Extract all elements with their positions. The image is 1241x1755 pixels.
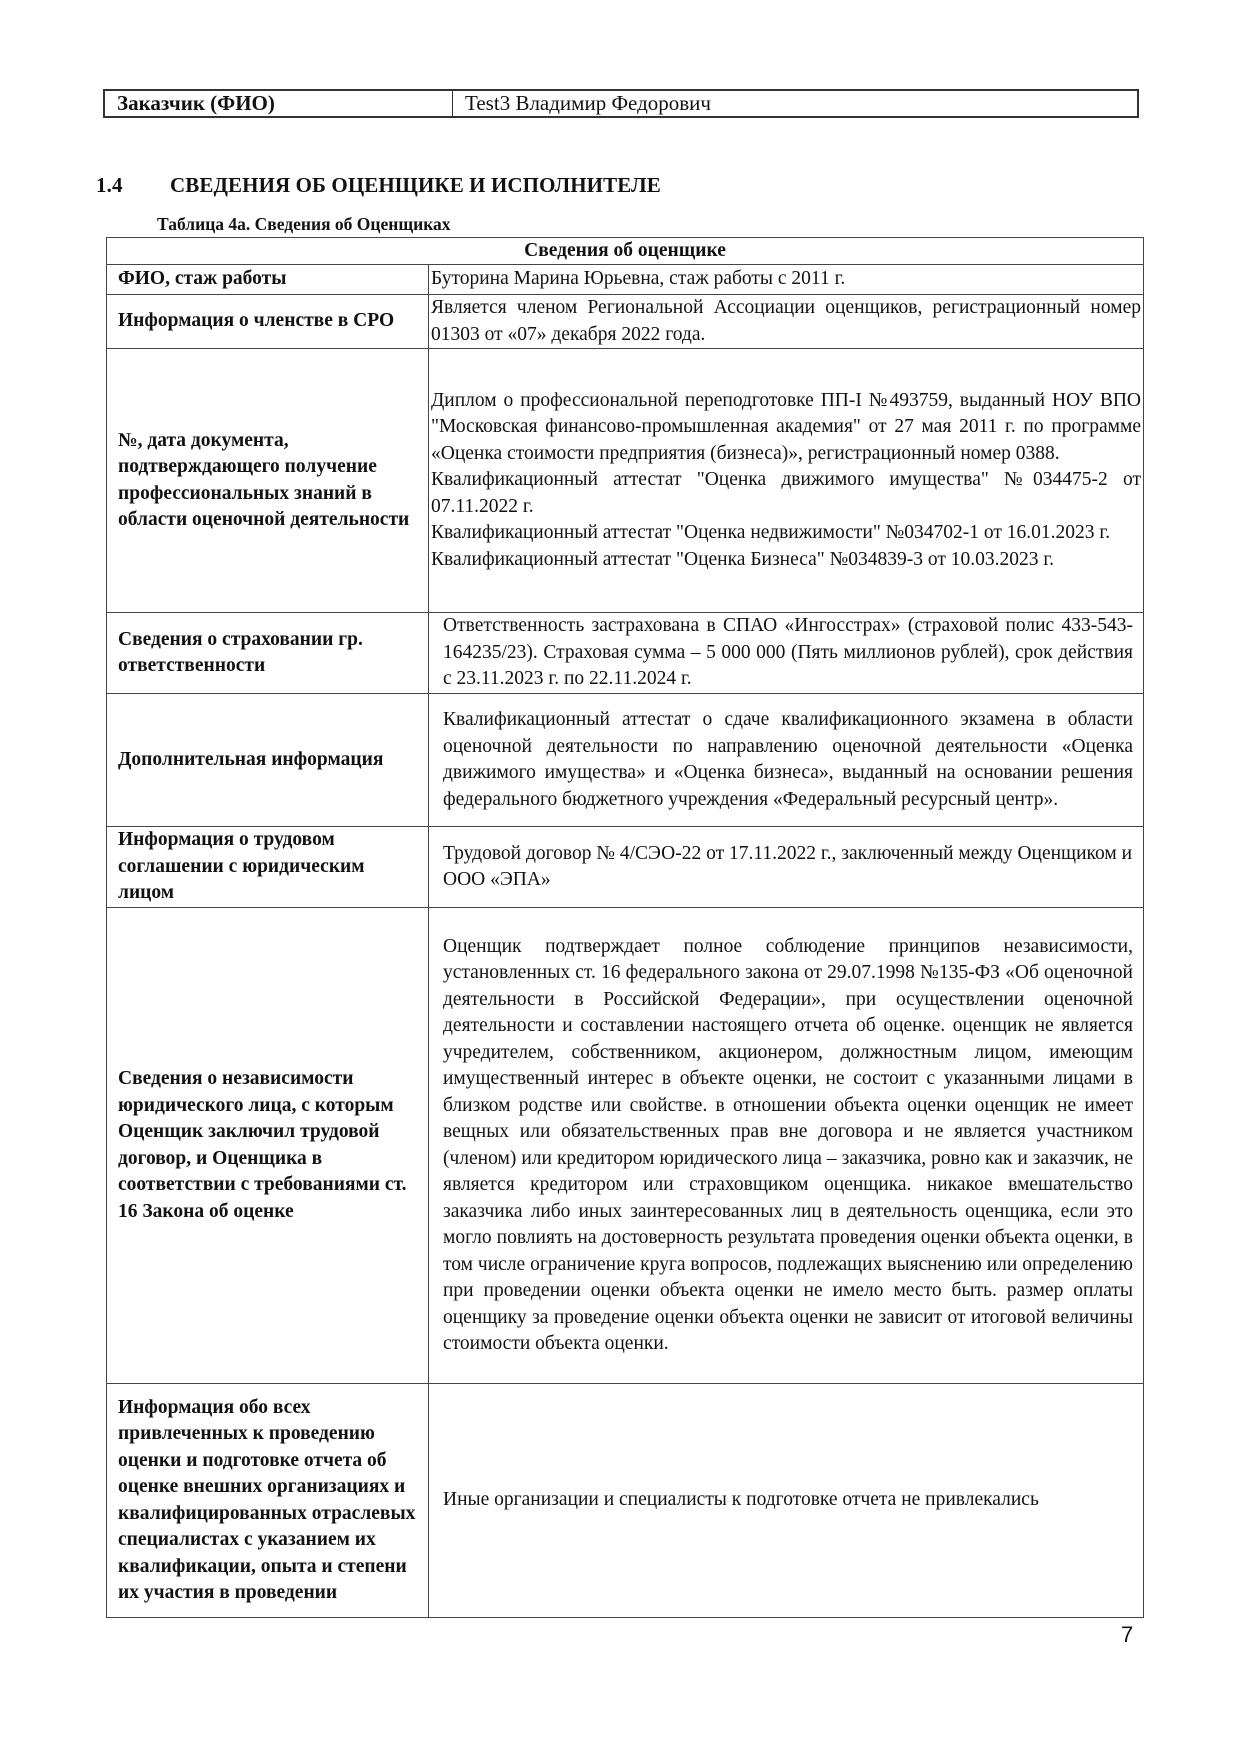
customer-value: Test3 Владимир Федорович <box>453 91 1137 116</box>
table-row: Сведения о страховании гр. ответственнос… <box>107 613 1144 694</box>
section-number: 1.4 <box>96 173 170 198</box>
appraiser-table: Сведения об оценщике ФИО, стаж работы Бу… <box>106 237 1144 1618</box>
table-row: ФИО, стаж работы Буторина Марина Юрьевна… <box>107 265 1144 295</box>
row-label: Дополнительная информация <box>107 694 429 827</box>
row-value: Иные организации и специалисты к подгото… <box>429 1384 1144 1618</box>
value-paragraph: Иные организации и специалисты к подгото… <box>443 1487 1133 1514</box>
value-paragraph: Квалификационный аттестат о сдаче квалиф… <box>443 707 1133 813</box>
page-number: 7 <box>1121 1622 1133 1648</box>
section-title: СВЕДЕНИЯ ОБ ОЦЕНЩИКЕ И ИСПОЛНИТЕЛЕ <box>170 173 661 197</box>
value-paragraph: Квалификационный аттестат "Оценка недвиж… <box>431 520 1141 547</box>
table-caption: Таблица 4а. Сведения об Оценщиках <box>157 214 451 235</box>
appraiser-table-header: Сведения об оценщике <box>107 238 1144 265</box>
value-paragraph: Является членом Региональной Ассоциации … <box>431 295 1141 348</box>
customer-table: Заказчик (ФИО) Test3 Владимир Федорович <box>103 89 1139 118</box>
value-paragraph: Квалификационный аттестат "Оценка Бизнес… <box>431 547 1141 574</box>
section-heading: 1.4СВЕДЕНИЯ ОБ ОЦЕНЩИКЕ И ИСПОЛНИТЕЛЕ <box>96 173 661 198</box>
table-row: Информация о членстве в СРО Является чле… <box>107 295 1144 349</box>
row-value: Ответственность застрахована в СПАО «Инг… <box>429 613 1144 694</box>
row-label: Сведения о страховании гр. ответственнос… <box>107 613 429 694</box>
row-label: №, дата документа, подтверждающего получ… <box>107 349 429 613</box>
row-value: Диплом о профессиональной переподготовке… <box>429 349 1144 613</box>
table-row: №, дата документа, подтверждающего получ… <box>107 349 1144 613</box>
row-label: Информация обо всех привлеченных к прове… <box>107 1384 429 1618</box>
table-row: Информация о трудовом соглашении с юриди… <box>107 827 1144 908</box>
row-label: ФИО, стаж работы <box>107 265 429 295</box>
value-paragraph: Ответственность застрахована в СПАО «Инг… <box>443 613 1133 693</box>
row-value: Является членом Региональной Ассоциации … <box>429 295 1144 349</box>
value-paragraph: Квалификационный аттестат "Оценка движим… <box>431 467 1141 520</box>
row-value: Квалификационный аттестат о сдаче квалиф… <box>429 694 1144 827</box>
row-value: Оценщик подтверждает полное соблюдение п… <box>429 908 1144 1384</box>
row-label: Информация о трудовом соглашении с юриди… <box>107 827 429 908</box>
row-label: Информация о членстве в СРО <box>107 295 429 349</box>
table-row: Информация обо всех привлеченных к прове… <box>107 1384 1144 1618</box>
value-paragraph: Оценщик подтверждает полное соблюдение п… <box>443 934 1133 1358</box>
row-label: Сведения о независимости юридического ли… <box>107 908 429 1384</box>
row-value: Трудовой договор № 4/СЭО-22 от 17.11.202… <box>429 827 1144 908</box>
customer-label: Заказчик (ФИО) <box>105 91 453 116</box>
table-row: Дополнительная информация Квалификационн… <box>107 694 1144 827</box>
table-row: Сведения о независимости юридического ли… <box>107 908 1144 1384</box>
row-value: Буторина Марина Юрьевна, стаж работы с 2… <box>429 265 1144 295</box>
value-paragraph: Диплом о профессиональной переподготовке… <box>431 388 1141 468</box>
value-paragraph: Трудовой договор № 4/СЭО-22 от 17.11.202… <box>443 841 1133 894</box>
value-paragraph: Буторина Марина Юрьевна, стаж работы с 2… <box>431 266 1141 293</box>
